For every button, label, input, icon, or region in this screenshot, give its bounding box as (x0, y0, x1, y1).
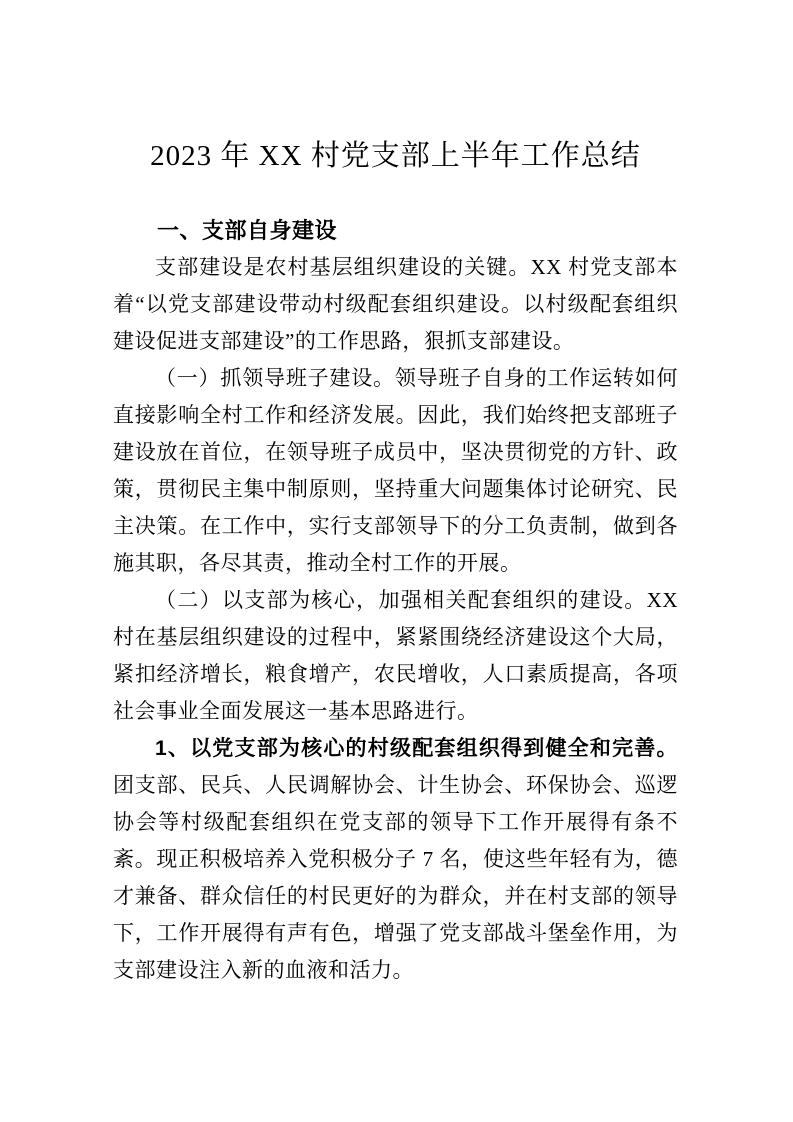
paragraph-branch-core: （二）以支部为核心，加强相关配套组织的建设。XX 村在基层组织建设的过程中，紧紧… (113, 582, 678, 730)
paragraph-village-organizations: 1、以党支部为核心的村级配套组织得到健全和完善。团支部、民兵、人民调解协会、计生… (113, 730, 678, 989)
paragraph-branch-intro: 支部建设是农村基层组织建设的关键。XX 村党支部本着“以党支部建设带动村级配套组… (113, 249, 678, 360)
paragraph-leadership-team: （一）抓领导班子建设。领导班子自身的工作运转如何直接影响全村工作和经济发展。因此… (113, 360, 678, 582)
paragraph-body-text: 团支部、民兵、人民调解协会、计生协会、环保协会、巡逻协会等村级配套组织在党支部的… (113, 773, 678, 982)
paragraph-bold-lead: 1、以党支部为核心的村级配套组织得到健全和完善。 (155, 737, 678, 760)
document-page: 2023 年 XX 村党支部上半年工作总结 一、支部自身建设 支部建设是农村基层… (0, 0, 793, 1122)
document-title: 2023 年 XX 村党支部上半年工作总结 (113, 128, 678, 184)
section-heading: 一、支部自身建设 (113, 212, 678, 249)
